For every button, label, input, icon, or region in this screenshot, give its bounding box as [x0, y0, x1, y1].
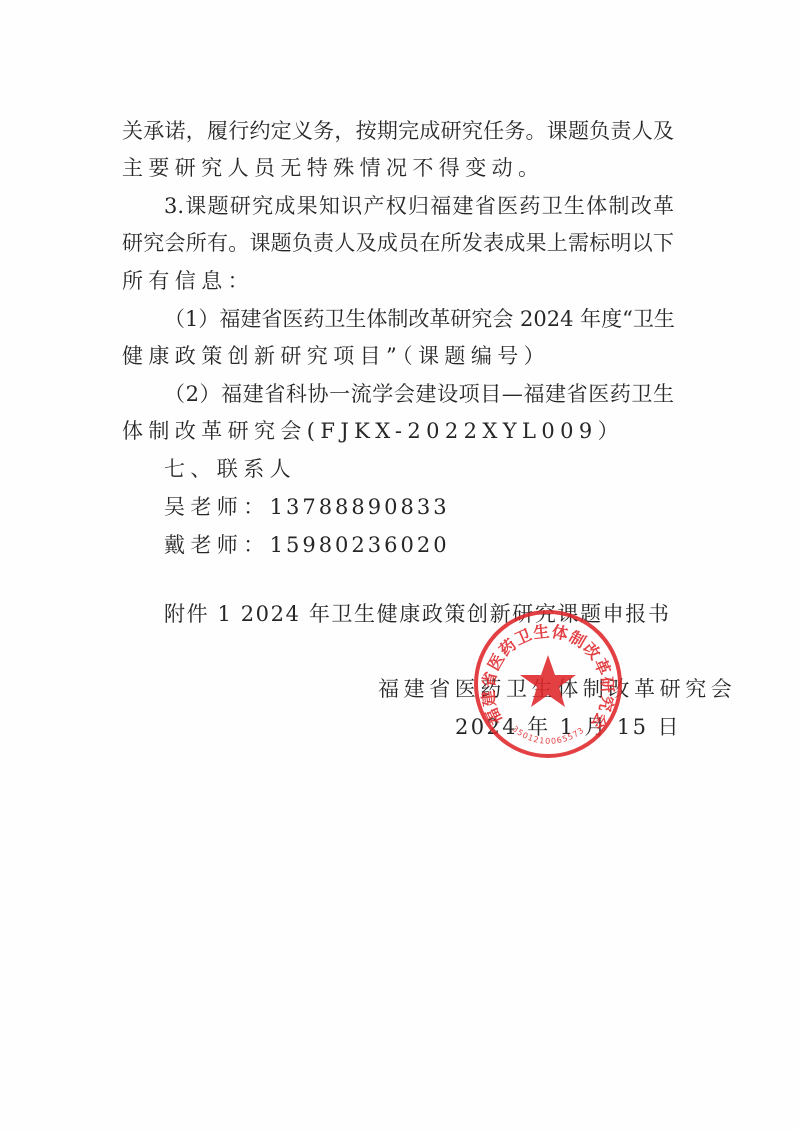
contact-name: 戴老师： — [164, 533, 270, 557]
contact-row-2: 戴老师：15980236020 — [164, 530, 674, 560]
document-page: 关承诺，履行约定义务，按期完成研究任务。课题负责人及 主要研究人员无特殊情况不得… — [0, 0, 799, 1131]
signature-date: 2024 年 1 月 15 日 — [455, 712, 681, 742]
paragraph-1-line-2: 主要研究人员无特殊情况不得变动。 — [122, 153, 674, 183]
paragraph-3-line-2: 健康政策创新研究项目”（课题编号） — [122, 341, 674, 371]
paragraph-2-line-1: 3.课题研究成果知识产权归福建省医药卫生体制改革 — [164, 191, 674, 221]
contact-name: 吴老师： — [164, 495, 270, 519]
signature-organization: 福建省医药卫生体制改革研究会 — [378, 674, 736, 704]
contact-phone: 13788890833 — [270, 495, 450, 519]
contact-phone: 15980236020 — [270, 533, 450, 557]
paragraph-2-line-2: 研究会所有。课题负责人及成员在所发表成果上需标明以下 — [122, 228, 674, 258]
paragraph-4-line-1: （2）福建省科协一流学会建设项目—福建省医药卫生 — [164, 379, 674, 409]
paragraph-2-line-3: 所有信息： — [122, 266, 674, 296]
contact-row-1: 吴老师：13788890833 — [164, 492, 674, 522]
contact-heading: 七、联系人 — [164, 454, 674, 484]
paragraph-3-line-1: （1）福建省医药卫生体制改革研究会 2024 年度“卫生 — [164, 304, 674, 334]
attachment-line: 附件 1 2024 年卫生健康政策创新研究课题申报书 — [164, 599, 674, 629]
paragraph-1-line-1: 关承诺，履行约定义务，按期完成研究任务。课题负责人及 — [122, 116, 674, 146]
paragraph-4-line-2: 体制改革研究会(FJKX-2022XYL009） — [122, 416, 674, 446]
